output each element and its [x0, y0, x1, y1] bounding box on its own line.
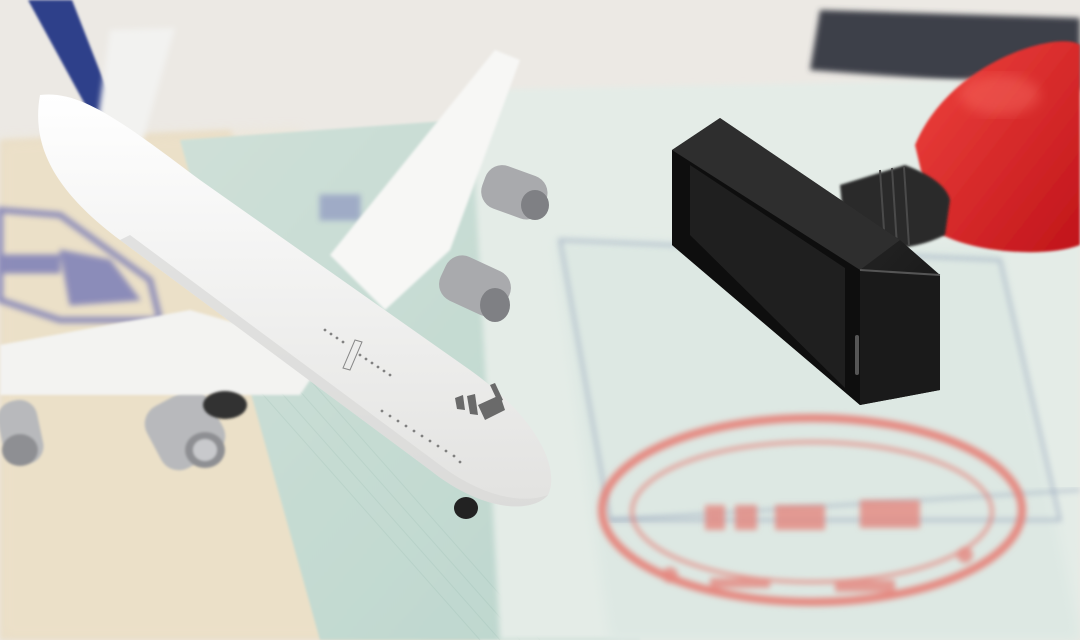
scene-illustration — [0, 0, 1080, 640]
photo-scene — [0, 0, 1080, 640]
